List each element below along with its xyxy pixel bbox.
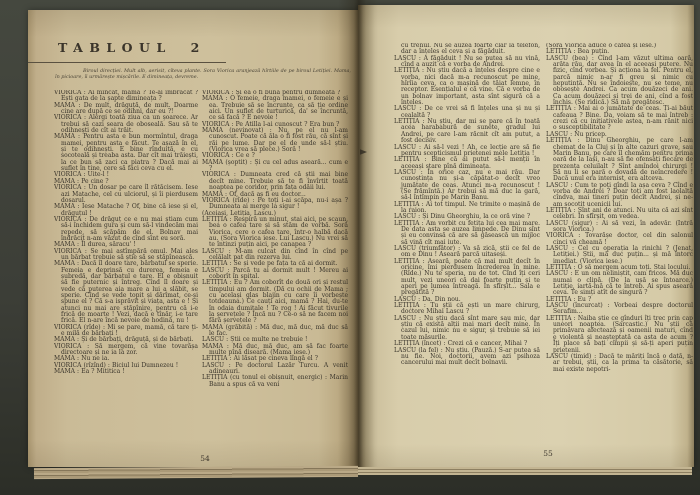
dialogue-paragraph: LETIȚIA : Nu știu dacă a înțeles despre … bbox=[394, 68, 540, 106]
scene-title: TABLOUL 2 bbox=[58, 40, 206, 55]
dialogue-paragraph: LASCU (timid) : Dacă te măriți încă o da… bbox=[546, 354, 693, 373]
dialogue-paragraph: MAMA : Ea ? Mititica ! bbox=[54, 369, 198, 375]
dialogue-paragraph: MAMA (nevinovat) : Nu, pe el nu l-am cun… bbox=[202, 128, 348, 153]
dialogue-paragraph: LASCU : În orice caz, nu e mai rău. Dar … bbox=[394, 170, 540, 202]
dialogue-paragraph: VIORICA : Alergi toată ziua ca un șoarec… bbox=[54, 115, 198, 134]
dialogue-paragraph: LETIȚIA : Am vorbit cu fetița lui cea ma… bbox=[394, 221, 540, 246]
page-number-55: 55 bbox=[536, 449, 560, 458]
dialogue-paragraph: LASCU : Cum te poți gîndi la așa ceva ? … bbox=[546, 183, 693, 208]
dialogue-paragraph: VIORICA : De drăguț ce e nu mai știam cu… bbox=[54, 217, 198, 242]
left-page-column-1: VIORICA : Ai mîncat, mamă ? Te-ai îmbrăc… bbox=[54, 90, 198, 458]
dialogue-paragraph: MAMA : Iese Matache ? Of, bine că iese ș… bbox=[54, 204, 198, 217]
dialogue-paragraph: LASCU (triumfător) : Va să zică, știi ce… bbox=[394, 246, 540, 259]
dialogue-paragraph: VIORICA : Ai mîncat, mamă ? Te-ai îmbrăc… bbox=[54, 90, 198, 103]
dialogue-paragraph: LASCU (bea) : Cînd l-am văzut ultima oar… bbox=[546, 56, 693, 107]
right-page-column-2: (Sora Viorica aduce o cafea și iese.)LET… bbox=[546, 43, 693, 445]
dialogue-paragraph: LETIȚIA : Nu știu, dar mi se pare că în … bbox=[394, 119, 540, 144]
stage-direction: Biroul direcției. Mult alb, aerisit, cît… bbox=[55, 69, 351, 81]
dialogue-paragraph: LASCU : E un om neliniștit, cam fricos. … bbox=[546, 271, 693, 296]
dialogue-paragraph: LETIȚIA : Eu ? Am coborît de două ori și… bbox=[202, 280, 348, 324]
dialogue-paragraph: LETIȚIA : Dinu Gheorghiu, pe care l-am c… bbox=[546, 138, 693, 182]
dialogue-paragraph: MAMA : Dacă îl doare tare, bărbatul se s… bbox=[54, 261, 198, 324]
dialogue-paragraph: VIORICA : Un dosar pe care îl rătăcisem.… bbox=[54, 185, 198, 204]
dialogue-paragraph: MAMA : O femeie, draga mamei, o femeie e… bbox=[202, 96, 348, 121]
dialogue-paragraph: LETIȚIA (cu tonul ei obișnuit, energic) … bbox=[202, 375, 348, 388]
dialogue-paragraph: LETIȚIA : Aseară, poate că mai mult decî… bbox=[394, 259, 540, 297]
dialogue-paragraph: LASCU : Cel cu operația la rinichi ? (Je… bbox=[546, 246, 693, 265]
right-page-column-1: cu trenul. Nu se auzea foarte clar la te… bbox=[394, 43, 540, 445]
dialogue-paragraph: VIORICA (rîde) : Pe toți i-ai scăpa, nu-… bbox=[202, 198, 348, 211]
page-55: cu trenul. Nu se auzea foarte clar la te… bbox=[358, 5, 694, 467]
dialogue-paragraph: LETIȚIA : Sînt ani de atunci. Nu uita că… bbox=[546, 208, 693, 221]
title-row: TABLOUL 2 bbox=[58, 40, 206, 55]
page-stack-edge-left bbox=[34, 466, 358, 479]
dialogue-paragraph: VIORICA : Dumneata cred că știi mai bine… bbox=[202, 172, 348, 191]
dialogue-paragraph: LASCU (încurcat) : Vorbeai despre doctor… bbox=[546, 303, 693, 316]
title-underline bbox=[28, 62, 226, 63]
dialogue-paragraph: LETIȚIA : Naiba știe ce gînduri îți trec… bbox=[546, 316, 693, 354]
page-54: TABLOUL 2 Biroul direcției. Mult alb, ae… bbox=[28, 10, 358, 467]
dialogue-paragraph: LASCU (la fel) : Nu știu. (Pauză.) S-ar … bbox=[394, 348, 540, 367]
dialogue-paragraph: LETIȚIA : Respiră un minut, stai aici, p… bbox=[202, 217, 348, 249]
dialogue-paragraph: LETIȚIA : Bine că ai putut să-l menții î… bbox=[394, 157, 540, 170]
book-photo: TABLOUL 2 Biroul direcției. Mult alb, ae… bbox=[0, 0, 700, 495]
dialogue-paragraph: cu trenul. Nu se auzea foarte clar la te… bbox=[394, 43, 540, 56]
dialogue-paragraph: MAMA : Pentru asta e bun mormîntul, drag… bbox=[54, 134, 198, 172]
dialogue-paragraph: LETIȚIA : Mai ai o jumătate de ceas. Ți-… bbox=[546, 106, 693, 131]
dialogue-paragraph: LETIȚIA : Tu știi că ești un mare chirur… bbox=[394, 303, 540, 316]
dialogue-paragraph: LASCU : Nu știu dacă sînt mare sau mic, … bbox=[394, 316, 540, 341]
page-stack-edge-right bbox=[358, 467, 692, 475]
page-number-54: 54 bbox=[193, 454, 217, 463]
left-page-column-2: VIORICA : Și ea o fi bună pentru dumneat… bbox=[202, 90, 348, 458]
